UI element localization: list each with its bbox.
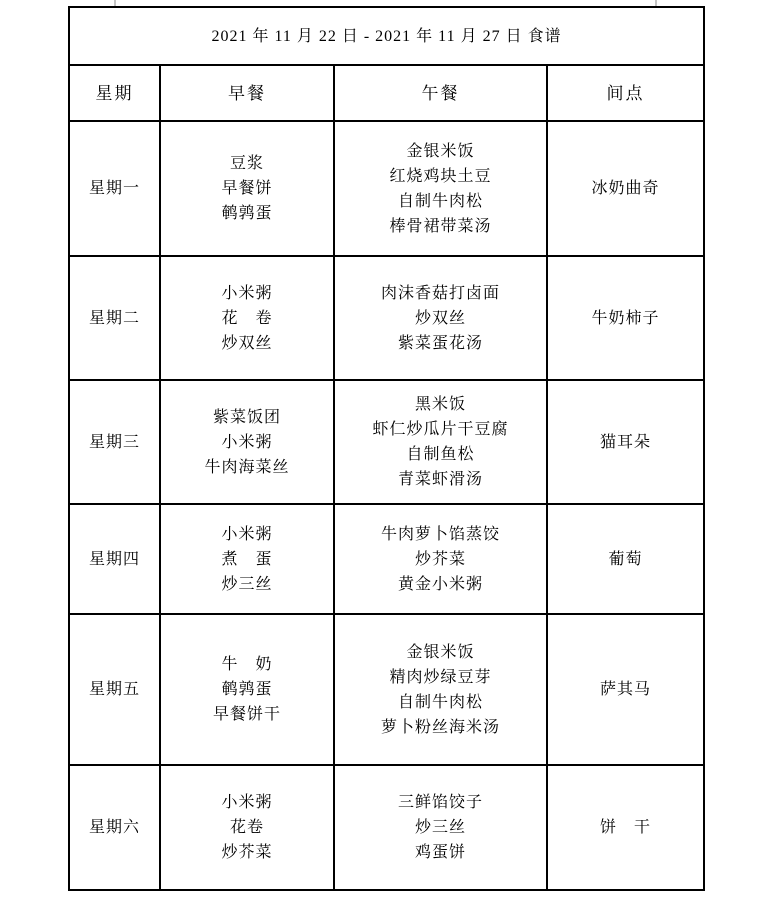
day-cell: 星期二 bbox=[69, 256, 160, 380]
breakfast-cell: 小米粥 花卷 炒芥菜 bbox=[160, 765, 334, 890]
snack-cell: 冰奶曲奇 bbox=[547, 121, 704, 256]
table-row-wednesday: 星期三 紫菜饭团 小米粥 牛肉海菜丝 黑米饭 虾仁炒瓜片干豆腐 自制鱼松 青菜虾… bbox=[69, 380, 704, 504]
snack-cell: 葡萄 bbox=[547, 504, 704, 614]
column-header-breakfast: 早餐 bbox=[160, 65, 334, 121]
snack-cell: 饼 干 bbox=[547, 765, 704, 890]
snack-cell: 牛奶柿子 bbox=[547, 256, 704, 380]
table-row-tuesday: 星期二 小米粥 花 卷 炒双丝 肉沫香菇打卤面 炒双丝 紫菜蛋花汤 牛奶柿子 bbox=[69, 256, 704, 380]
column-header-week: 星期 bbox=[69, 65, 160, 121]
breakfast-cell: 小米粥 煮 蛋 炒三丝 bbox=[160, 504, 334, 614]
day-cell: 星期一 bbox=[69, 121, 160, 256]
lunch-cell: 黑米饭 虾仁炒瓜片干豆腐 自制鱼松 青菜虾滑汤 bbox=[334, 380, 547, 504]
lunch-cell: 三鲜馅饺子 炒三丝 鸡蛋饼 bbox=[334, 765, 547, 890]
column-header-lunch: 午餐 bbox=[334, 65, 547, 121]
lunch-cell: 牛肉萝卜馅蒸饺 炒芥菜 黄金小米粥 bbox=[334, 504, 547, 614]
table-row-monday: 星期一 豆浆 早餐饼 鹌鹑蛋 金银米饭 红烧鸡块土豆 自制牛肉松 棒骨裙带菜汤 … bbox=[69, 121, 704, 256]
breakfast-cell: 牛 奶 鹌鹑蛋 早餐饼干 bbox=[160, 614, 334, 765]
table-title: 2021 年 11 月 22 日 - 2021 年 11 月 27 日 食谱 bbox=[69, 7, 704, 65]
snack-cell: 猫耳朵 bbox=[547, 380, 704, 504]
lunch-cell: 金银米饭 红烧鸡块土豆 自制牛肉松 棒骨裙带菜汤 bbox=[334, 121, 547, 256]
snack-cell: 萨其马 bbox=[547, 614, 704, 765]
document-page: 2021 年 11 月 22 日 - 2021 年 11 月 27 日 食谱 星… bbox=[0, 0, 771, 898]
breakfast-cell: 豆浆 早餐饼 鹌鹑蛋 bbox=[160, 121, 334, 256]
lunch-cell: 肉沫香菇打卤面 炒双丝 紫菜蛋花汤 bbox=[334, 256, 547, 380]
table-row-saturday: 星期六 小米粥 花卷 炒芥菜 三鲜馅饺子 炒三丝 鸡蛋饼 饼 干 bbox=[69, 765, 704, 890]
table-row-thursday: 星期四 小米粥 煮 蛋 炒三丝 牛肉萝卜馅蒸饺 炒芥菜 黄金小米粥 葡萄 bbox=[69, 504, 704, 614]
column-header-snack: 间点 bbox=[547, 65, 704, 121]
day-cell: 星期四 bbox=[69, 504, 160, 614]
table-row-friday: 星期五 牛 奶 鹌鹑蛋 早餐饼干 金银米饭 精肉炒绿豆芽 自制牛肉松 萝卜粉丝海… bbox=[69, 614, 704, 765]
menu-table: 2021 年 11 月 22 日 - 2021 年 11 月 27 日 食谱 星… bbox=[68, 6, 705, 891]
day-cell: 星期三 bbox=[69, 380, 160, 504]
breakfast-cell: 紫菜饭团 小米粥 牛肉海菜丝 bbox=[160, 380, 334, 504]
day-cell: 星期六 bbox=[69, 765, 160, 890]
breakfast-cell: 小米粥 花 卷 炒双丝 bbox=[160, 256, 334, 380]
lunch-cell: 金银米饭 精肉炒绿豆芽 自制牛肉松 萝卜粉丝海米汤 bbox=[334, 614, 547, 765]
day-cell: 星期五 bbox=[69, 614, 160, 765]
